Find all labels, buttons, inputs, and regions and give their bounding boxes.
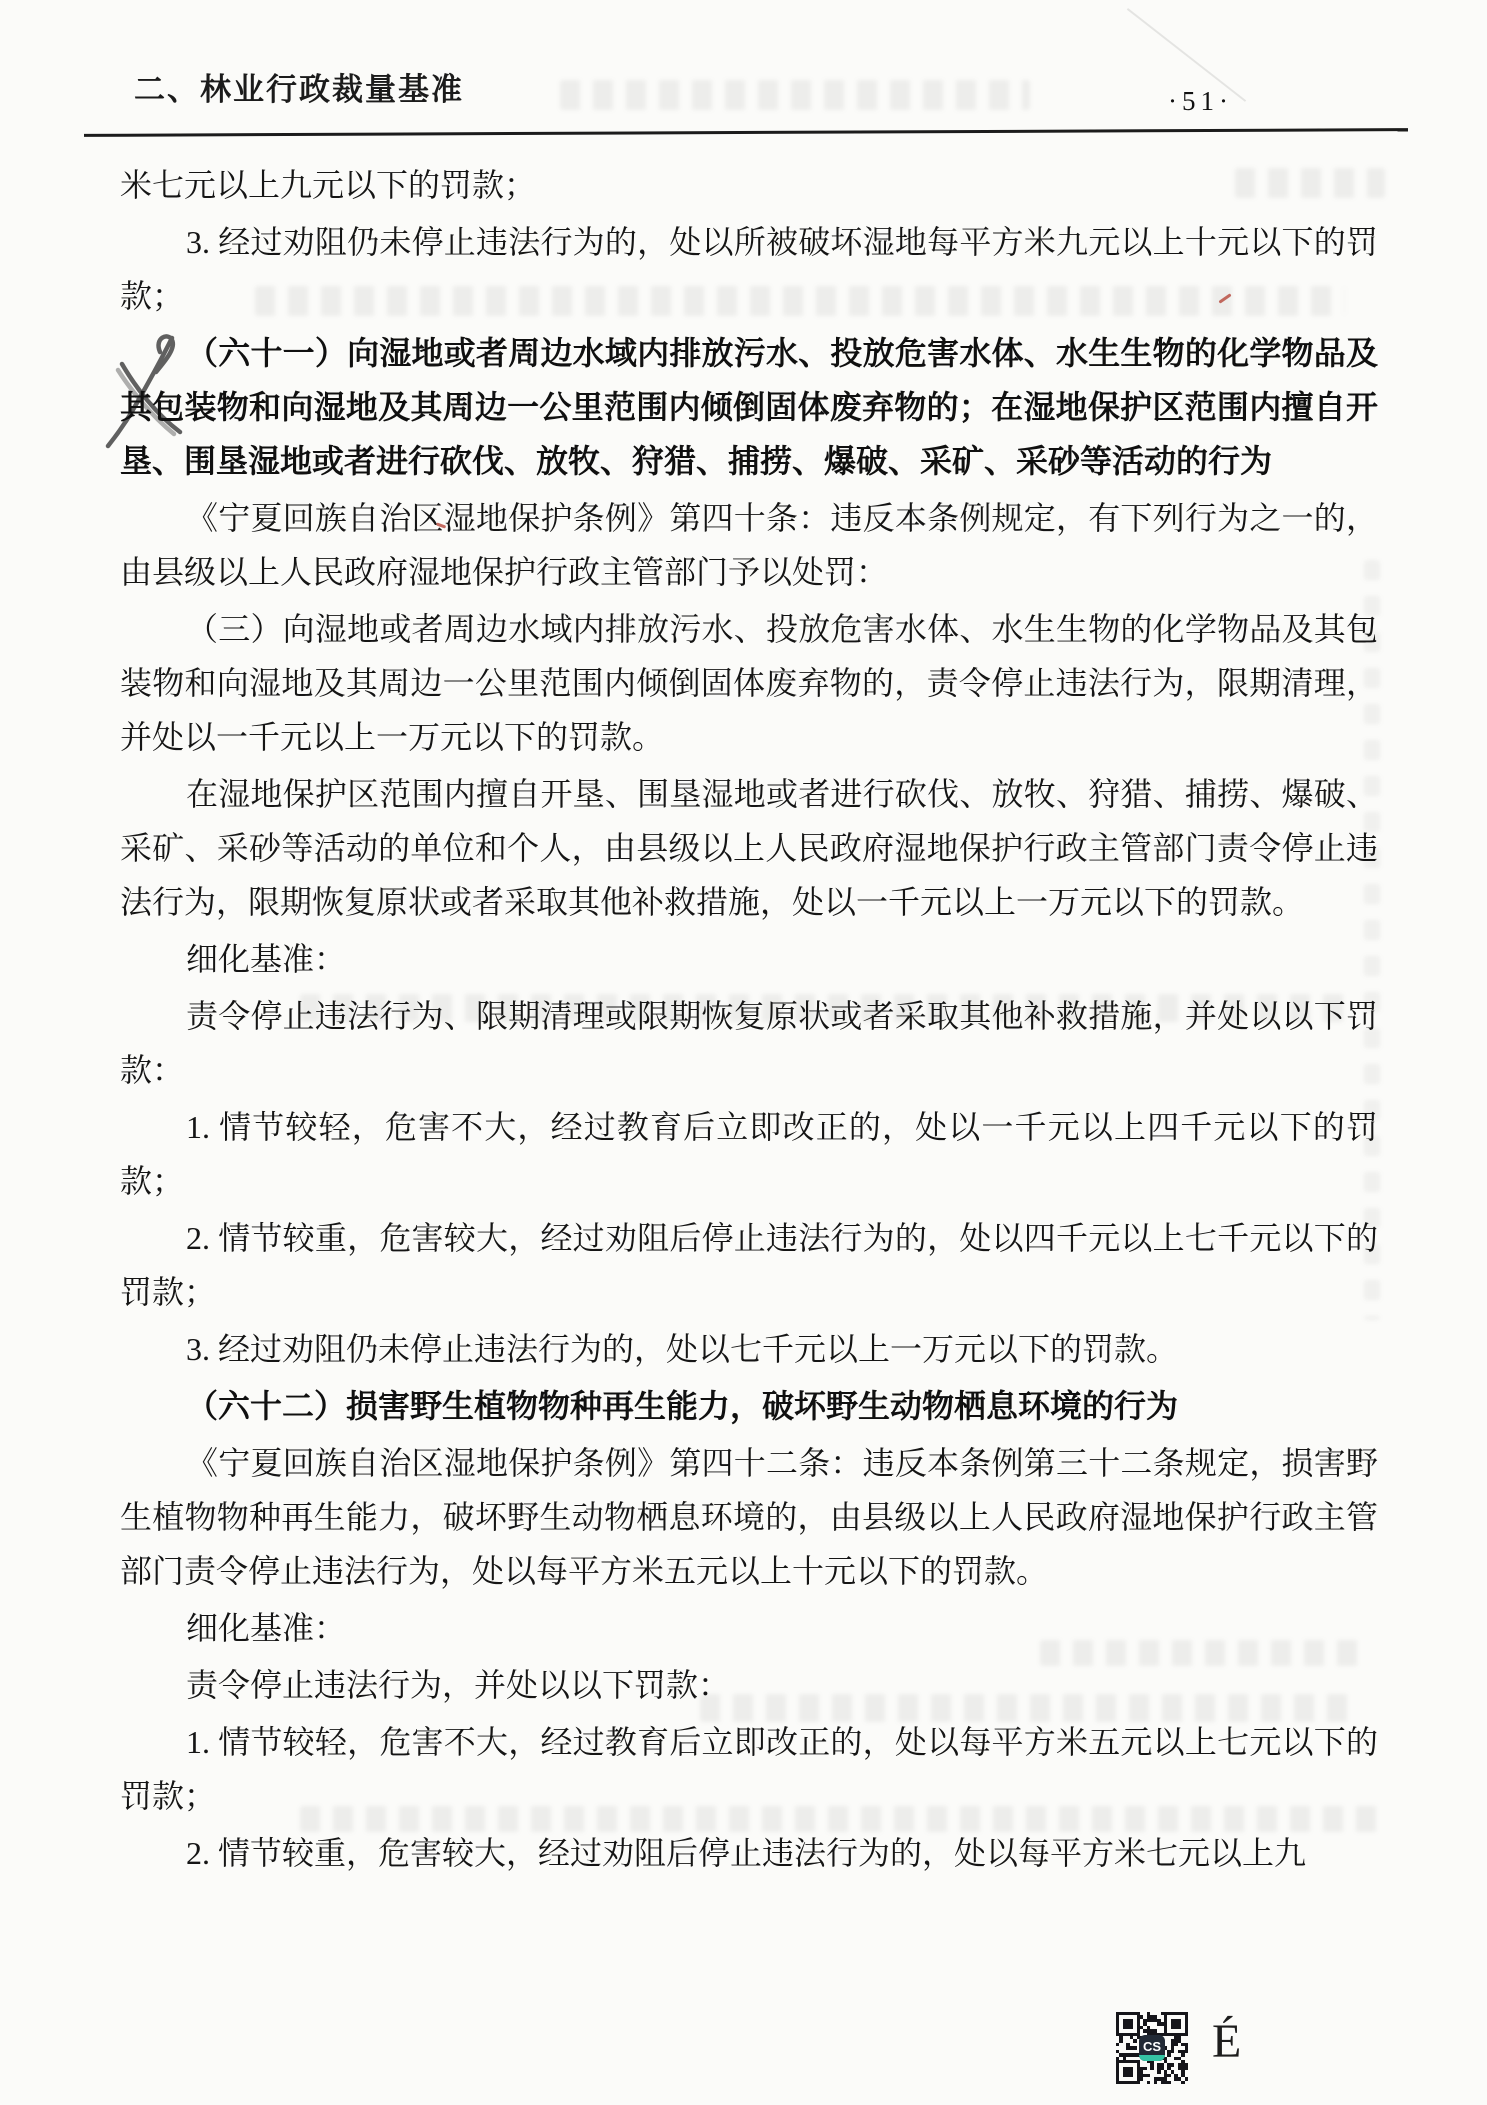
paragraph-refined-criteria-label: 细化基准：	[120, 932, 1378, 986]
paragraph-penalty2-level-2: 2. 情节较重，危害较大，经过劝阻后停止违法行为的，处以每平方米七元以上九	[120, 1826, 1378, 1880]
paragraph-penalty-level-1: 1. 情节较轻，危害不大，经过教育后立即改正的，处以一千元以上四千元以下的罚款；	[120, 1100, 1378, 1208]
paragraph-item-3: 3. 经过劝阻仍未停止违法行为的，处以所被破坏湿地每平方米九元以上十元以下的罚款…	[120, 215, 1378, 323]
paragraph-penalty-intro: 责令停止违法行为、限期清理或限期恢复原状或者采取其他补救措施，并处以以下罚款：	[120, 989, 1378, 1097]
page-header-section-title: 二、林业行政裁量基准	[134, 64, 464, 109]
stamp-character: É	[1212, 2014, 1241, 2069]
bleed-through-ghost-text	[560, 80, 1030, 110]
paragraph-penalty2-level-1: 1. 情节较轻，危害不大，经过教育后立即改正的，处以每平方米五元以上七元以下的罚…	[120, 1715, 1378, 1823]
paragraph-clause-3: （三）向湿地或者周边水域内排放污水、投放危害水体、水生生物的化学物品及其包装物和…	[120, 602, 1378, 764]
paragraph-heading-62: （六十二）损害野生植物物种再生能力，破坏野生动物栖息环境的行为	[120, 1379, 1378, 1433]
paragraph-refined-criteria-label-2: 细化基准：	[120, 1601, 1378, 1655]
paragraph-regulation-art40: 《宁夏回族自治区湿地保护条例》第四十条：违反本条例规定，有下列行为之一的，由县级…	[120, 491, 1378, 599]
paragraph-continuation: 米七元以上九元以下的罚款；	[120, 158, 1378, 212]
header-divider-rule	[84, 128, 1408, 137]
paragraph-protected-area-penalty: 在湿地保护区范围内擅自开垦、围垦湿地或者进行砍伐、放牧、狩猎、捕捞、爆破、采矿、…	[120, 767, 1378, 929]
page-number: ·51·	[1168, 86, 1233, 117]
paragraph-heading-61: （六十一）向湿地或者周边水域内排放污水、投放危害水体、水生生物的化学物品及其包装…	[120, 326, 1378, 488]
scanned-document-page: 二、林业行政裁量基准 ·51· 米七元以上九元以下的罚款； 3. 经过劝阻仍未停…	[0, 0, 1487, 2105]
paragraph-penalty-intro-2: 责令停止违法行为，并处以以下罚款：	[120, 1658, 1378, 1712]
paragraph-penalty-level-2: 2. 情节较重，危害较大，经过劝阻后停止违法行为的，处以四千元以上七千元以下的罚…	[120, 1211, 1378, 1319]
paragraph-regulation-art42: 《宁夏回族自治区湿地保护条例》第四十二条：违反本条例第三十二条规定，损害野生植物…	[120, 1436, 1378, 1598]
document-body: 米七元以上九元以下的罚款； 3. 经过劝阻仍未停止违法行为的，处以所被破坏湿地每…	[120, 158, 1378, 1883]
paragraph-penalty-level-3: 3. 经过劝阻仍未停止违法行为的，处以七千元以上一万元以下的罚款。	[120, 1322, 1378, 1376]
scanner-app-badge: CS	[1139, 2035, 1165, 2061]
